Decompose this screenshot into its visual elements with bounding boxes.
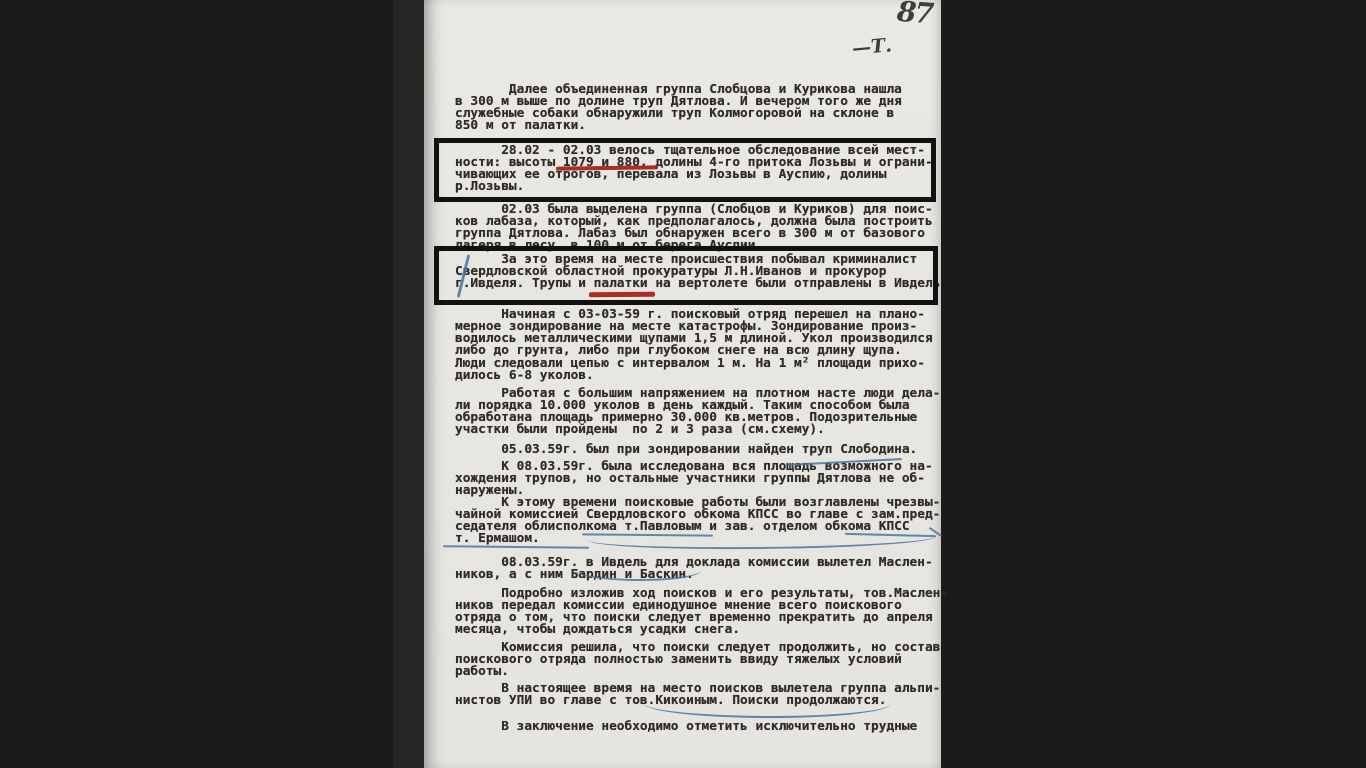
screenshot-stage: Далее объединенная группа Слобцова и Кур… <box>0 0 1366 768</box>
paragraph: Комиссия решила, что поиски следует прод… <box>455 642 947 678</box>
red-underline-palatki <box>589 292 655 298</box>
emphasis-box-prosecutor <box>434 246 938 305</box>
paragraph: В заключение необходимо отметить исключи… <box>455 721 947 733</box>
paragraph: Далее объединенная группа Слобцова и Кур… <box>455 84 947 133</box>
paragraph: Работая с большим напряжением на плотном… <box>455 388 947 437</box>
scanner-edge-strip <box>393 0 424 768</box>
paragraph: 05.03.59г. был при зондировании найден т… <box>455 444 947 456</box>
paragraph: К 08.03.59г. была исследована вся площад… <box>455 461 947 497</box>
paragraph: Начиная с 03-03-59 г. поисковый отряд пе… <box>455 309 947 382</box>
handwritten-page-number: 87 <box>896 0 933 30</box>
paragraph: 08.03.59г. в Ивдель для доклада комиссии… <box>455 557 947 581</box>
handwritten-margin-mark: —Т. <box>851 34 893 59</box>
paragraph: Подробно изложив ход поисков и его резул… <box>455 588 947 637</box>
emphasis-box-survey <box>434 138 936 202</box>
